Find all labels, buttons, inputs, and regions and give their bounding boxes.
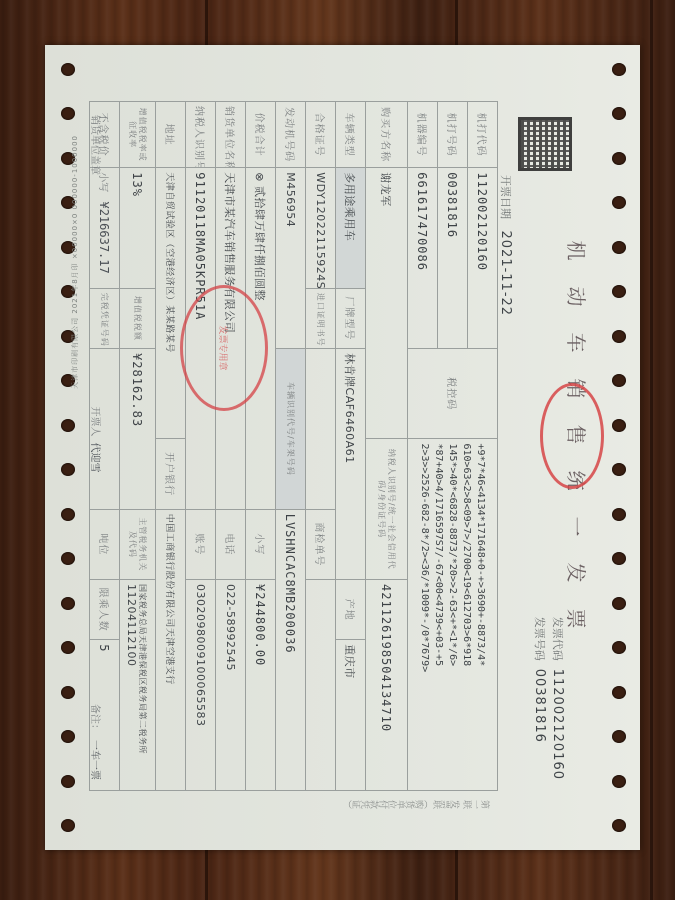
notes-block: 备注：一车一票 (89, 704, 104, 780)
import-cert-value (306, 349, 336, 510)
table-row: 增值税税率或征收率 13% 增值税税额 ¥28162.83 主管税务机关及代码 … (120, 102, 156, 791)
table-row: 发动机号码 M456954 车辆识别代号/车架号码 LVSHNCAC8MB200… (276, 102, 306, 791)
seller-tax-id-label: 纳税人识别号 (186, 102, 216, 168)
total-small-label: 小写 (246, 509, 276, 579)
machine-number-label: 机打号码 (438, 102, 468, 168)
vat-amount-value: ¥28162.83 (120, 349, 156, 510)
import-cert-label: 进口证明书号 (306, 288, 336, 348)
vehicle-type-value: 多用途乘用车 (336, 168, 366, 289)
seal-text: 发票专用章 (218, 325, 231, 370)
issue-date-value: 2021-11-22 (498, 231, 513, 317)
buyer-id-label: 纳税人识别号/统一社会信用代码/身份证号码 (366, 439, 408, 580)
issue-date-label: 开票日期 (499, 175, 512, 219)
table-row: 销货单位名称 天津市某汽车销售服务有限公司 电话 022-58992545 (216, 102, 246, 791)
circle-x-icon: ⊗ (254, 172, 267, 186)
brand-model-label: 厂牌型号 (336, 288, 366, 348)
total-label: 价税合计 (246, 102, 276, 168)
origin-value: 重庆市 (336, 640, 366, 791)
vat-amount-label: 增值税税额 (120, 288, 156, 348)
vat-rate-value: 13% (120, 168, 156, 289)
origin-label: 产地 (336, 580, 366, 640)
engine-no-label: 发动机号码 (276, 102, 306, 168)
invoice-footer: 销货单位盖章 开票人代迎雪 备注：一车一票 (89, 115, 104, 780)
table-row: 机打代码 112002120160 税控码 +9*7*46<4134*17164… (468, 102, 498, 791)
total-words-value: 贰拾肆万肆仟捌佰圆整 (254, 186, 267, 301)
issuer-value: 代迎雪 (89, 443, 100, 473)
seller-address-value: 天津自贸试验区（空港经济区）某某路某号 (156, 168, 186, 439)
cert-no-label: 合格证号 (306, 102, 336, 168)
seller-invoice-seal: 发票专用章 (180, 285, 268, 411)
notes-label: 备注 (89, 704, 100, 724)
inspection-no-value (306, 580, 336, 791)
table-row: 购买方名称 谢龙军 纳税人识别号/统一社会信用代码/身份证号码 42112619… (366, 102, 408, 791)
buyer-name-label: 购买方名称 (366, 102, 408, 168)
issuer-label: 开票人 (89, 407, 100, 437)
table-plank-gap (650, 0, 653, 900)
table-row: 地址 天津自贸试验区（空港经济区）某某路某号 开户银行 中国工商银行股份有限公司… (156, 102, 186, 791)
table-row: 车辆类型 多用途乘用车 厂牌型号 林肯牌CAF6460A61 产地 重庆市 (336, 102, 366, 791)
seller-seal-label: 销货单位盖章 (89, 115, 104, 175)
machine-code-value: 112002120160 (468, 168, 498, 349)
cipher-line: 2>3>>2526-682-8*/2><36/*1009*-/0*7679> (418, 443, 432, 786)
issue-date: 开票日期 2021-11-22 (498, 175, 514, 316)
machine-id-value: 661617470086 (408, 168, 438, 349)
seller-bank-value: 中国工商银行股份有限公司天津空港支行 (156, 509, 186, 790)
cipher-line: *87+40>4/1716597S7/-67<00<4739<+03-+5 (432, 443, 446, 786)
invoice-table: 机打代码 112002120160 税控码 +9*7*46<4134*17164… (89, 101, 498, 791)
tax-authority-code: 11204112100 (127, 584, 138, 786)
cipher-line: 145*>40*<6828-8873/*20>>2-63<+*<1*/6> (446, 443, 460, 786)
print-line: 天津市印刷有限公司 2021年8月印 ×00000×0 000000-10000… (70, 135, 80, 389)
seller-phone-label: 电话 (216, 509, 246, 579)
invoice-code-value: 112002120160 (550, 669, 565, 780)
vin-label: 车辆识别代号/车架号码 (276, 349, 306, 510)
invoice-number-value: 00381816 (532, 669, 547, 743)
tractor-feed-holes-top (610, 63, 626, 832)
seller-bank-label: 开户银行 (156, 439, 186, 509)
machine-id-label: 机器编号 (408, 102, 438, 168)
cipher-label: 税控码 (408, 349, 498, 439)
invoice-code-block: 发票代码112002120160 发票号码00381816 (530, 617, 566, 780)
total-small-value: ¥244800.00 (246, 580, 276, 791)
seller-account-label: 账号 (186, 509, 216, 579)
table-row: 合格证号 WDY12022115924S 进口证明书号 商检单号 (306, 102, 336, 791)
machine-code-label: 机打代码 (468, 102, 498, 168)
table-row: 价税合计 ⊗ 贰拾肆万肆仟捌佰圆整 小写 ¥244800.00 (246, 102, 276, 791)
cert-no-value: WDY12022115924S (306, 168, 336, 289)
cipher-block: +9*7*46<4134*171648+0-+>3690+-8873/4* 61… (408, 439, 498, 791)
invoice-number-label: 发票号码 (533, 617, 546, 661)
tax-authority-cell: 国家税务总局天津港保税区税务局第二税务所 11204112100 (120, 580, 156, 791)
engine-no-value: M456954 (276, 168, 306, 349)
vehicle-type-label: 车辆类型 (336, 102, 366, 168)
inspection-no-label: 商检单号 (306, 509, 336, 579)
tax-authority-label: 主管税务机关及代码 (120, 509, 156, 579)
cipher-line: 610>63<2>8<09>7>/2700<19<612703>6*918 (460, 443, 474, 786)
table-row: 纳税人识别号 91120118MA05KPR51A 账号 03020980091… (186, 102, 216, 791)
copy-side-note: 第一联 发票联（购货单位付款凭证） (343, 797, 490, 810)
buyer-id-value: 421126198504134710 (366, 580, 408, 791)
tax-authority-name: 国家税务总局天津港保税区税务局第二税务所 (138, 584, 149, 786)
buyer-name-value: 谢龙军 (366, 168, 408, 439)
tax-bureau-oval-seal (540, 383, 604, 489)
machine-number-value: 00381816 (438, 168, 468, 349)
seller-name-label: 销货单位名称 (216, 102, 246, 168)
vat-rate-label: 增值税税率或征收率 (120, 102, 156, 168)
seller-phone-value: 022-58992545 (216, 580, 246, 791)
brand-model-value: 林肯牌CAF6460A61 (336, 349, 366, 580)
motor-vehicle-invoice: 开票日期 2021-11-22 机动车销售统一发票 发票代码1120021201… (45, 45, 640, 850)
seller-account-value: 0302098009100065583 (186, 580, 216, 791)
notes-value: 一车一票 (89, 740, 100, 780)
seller-address-label: 地址 (156, 102, 186, 168)
invoice-code-label: 发票代码 (551, 617, 564, 661)
vin-value: LVSHNCAC8MB200036 (276, 509, 306, 790)
cipher-line: +9*7*46<4134*171648+0-+>3690+-8873/4* (474, 443, 488, 786)
issuer-block: 开票人代迎雪 (89, 407, 104, 473)
